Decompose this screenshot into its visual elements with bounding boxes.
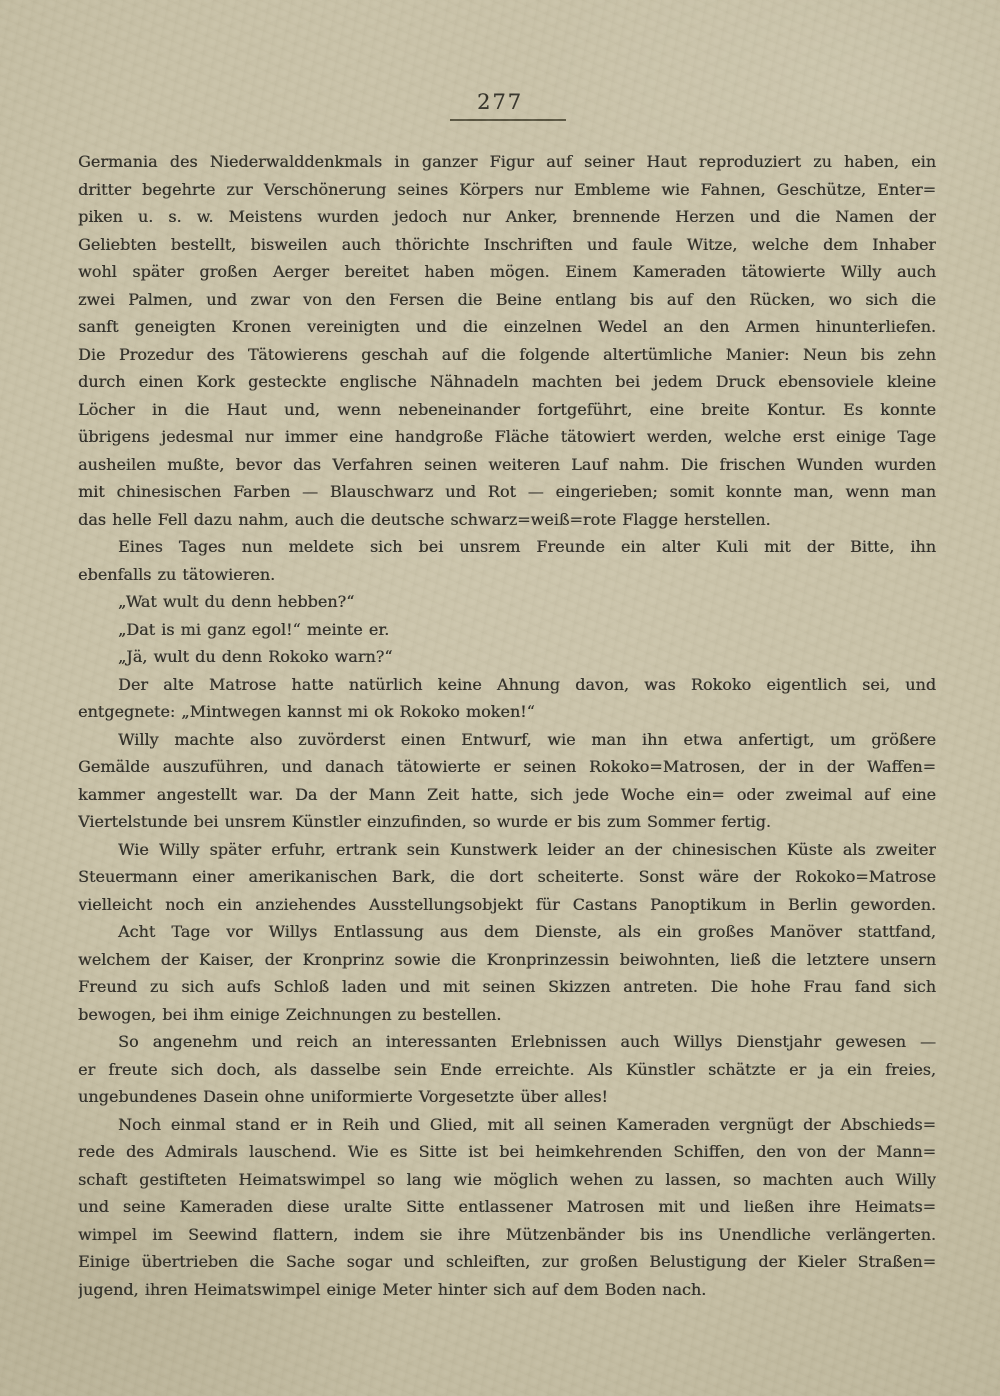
text-line: So angenehm und reich an interessanten E…: [78, 1028, 936, 1056]
text-line: mit chinesischen Farben — Blauschwarz un…: [78, 478, 936, 506]
text-line: Gemälde auszuführen, und danach tätowier…: [78, 753, 936, 781]
text-line: Wie Willy später erfuhr, ertrank sein Ku…: [78, 836, 936, 864]
text-line: sanft geneigten Kronen vereinigten und d…: [78, 313, 936, 341]
text-line: Eines Tages nun meldete sich bei unsrem …: [78, 533, 936, 561]
text-line: dritter begehrte zur Verschönerung seine…: [78, 176, 936, 204]
text-line: ebenfalls zu tätowieren.: [78, 561, 936, 589]
text-line: rede des Admirals lauschend. Wie es Sitt…: [78, 1138, 936, 1166]
text-line: schaft gestifteten Heimatswimpel so lang…: [78, 1166, 936, 1194]
text-line: Einige übertrieben die Sache sogar und s…: [78, 1248, 936, 1276]
text-line: entgegnete: „Mintwegen kannst mi ok Roko…: [78, 698, 936, 726]
text-line: Geliebten bestellt, bisweilen auch thöri…: [78, 231, 936, 259]
text-line: das helle Fell dazu nahm, auch die deuts…: [78, 506, 936, 534]
text-line: bewogen, bei ihm einige Zeichnungen zu b…: [78, 1001, 936, 1029]
text-line: vielleicht noch ein anziehendes Ausstell…: [78, 891, 936, 919]
text-line: Steuermann einer amerikanischen Bark, di…: [78, 863, 936, 891]
text-line: Löcher in die Haut und, wenn nebeneinand…: [78, 396, 936, 424]
text-line: „Jä, wult du denn Rokoko warn?“: [78, 643, 936, 671]
book-page-scan: 277 Germania des Niederwalddenkmals in g…: [0, 0, 1000, 1396]
page-number: 277: [477, 90, 523, 114]
text-line: piken u. s. w. Meistens wurden jedoch nu…: [78, 203, 936, 231]
text-line: Willy machte also zuvörderst einen Entwu…: [78, 726, 936, 754]
text-line: wohl später großen Aerger bereitet haben…: [78, 258, 936, 286]
text-line: Acht Tage vor Willys Entlassung aus dem …: [78, 918, 936, 946]
page-number-rule: [450, 119, 566, 121]
text-line: ausheilen mußte, bevor das Verfahren sei…: [78, 451, 936, 479]
text-line: „Dat is mi ganz egol!“ meinte er.: [78, 616, 936, 644]
text-line: kammer angestellt war. Da der Mann Zeit …: [78, 781, 936, 809]
text-line: jugend, ihren Heimatswimpel einige Meter…: [78, 1276, 936, 1304]
text-line: Germania des Niederwalddenkmals in ganze…: [78, 148, 936, 176]
text-line: er freute sich doch, als dasselbe sein E…: [78, 1056, 936, 1084]
text-line: durch einen Kork gesteckte englische Näh…: [78, 368, 936, 396]
text-line: Viertelstunde bei unsrem Künstler einzuf…: [78, 808, 936, 836]
page-header: 277: [0, 90, 1000, 121]
text-line: und seine Kameraden diese uralte Sitte e…: [78, 1193, 936, 1221]
text-line: zwei Palmen, und zwar von den Fersen die…: [78, 286, 936, 314]
text-line: ungebundenes Dasein ohne uniformierte Vo…: [78, 1083, 936, 1111]
text-line: welchem der Kaiser, der Kronprinz sowie …: [78, 946, 936, 974]
text-block: Germania des Niederwalddenkmals in ganze…: [78, 148, 936, 1303]
text-line: wimpel im Seewind flattern, indem sie ih…: [78, 1221, 936, 1249]
text-line: „Wat wult du denn hebben?“: [78, 588, 936, 616]
text-line: Freund zu sich aufs Schloß laden und mit…: [78, 973, 936, 1001]
text-line: Die Prozedur des Tätowierens geschah auf…: [78, 341, 936, 369]
text-line: Der alte Matrose hatte natürlich keine A…: [78, 671, 936, 699]
text-line: übrigens jedesmal nur immer eine handgro…: [78, 423, 936, 451]
text-line: Noch einmal stand er in Reih und Glied, …: [78, 1111, 936, 1139]
